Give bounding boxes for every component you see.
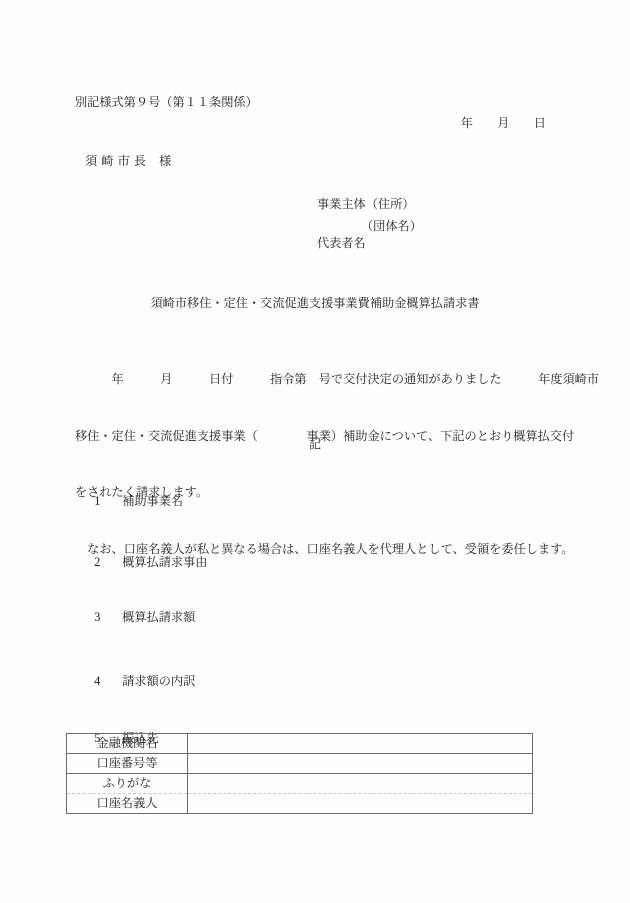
item-label: 補助事業名 bbox=[122, 494, 183, 508]
item-number: 3 bbox=[94, 609, 122, 627]
document-title: 須崎市移住・定住・交流促進支援事業費補助金概算払請求書 bbox=[0, 295, 630, 313]
item-label: 概算払請求額 bbox=[122, 610, 195, 624]
item-provisional-payment-reason: 2概算払請求事由 bbox=[82, 536, 208, 589]
row-label-cell: 金融機関名 bbox=[67, 734, 188, 754]
item-number: 2 bbox=[94, 554, 122, 572]
bank-transfer-table: 金融機関名 口座番号等 ふりがな 口座名義人 bbox=[66, 733, 533, 814]
table-row-financial-institution: 金融機関名 bbox=[67, 734, 533, 754]
row-label-cell: ふりがな bbox=[67, 774, 188, 794]
body-line-1: 年 月 日付 指令第 号で交付決定の通知がありました 年度須崎市 bbox=[75, 369, 557, 390]
table-row-account-holder: 口座名義人 bbox=[67, 794, 533, 814]
row-label-cell: 口座番号等 bbox=[67, 754, 188, 774]
document-page: 別記様式第９号（第１１条関係） 年 月 日 須 崎 市 長 様 事業主体（住所）… bbox=[0, 0, 630, 903]
item-number: 1 bbox=[94, 493, 122, 511]
applicant-representative-label: 代表者名 bbox=[317, 235, 366, 253]
addressee: 須 崎 市 長 様 bbox=[85, 153, 172, 171]
row-value-cell bbox=[188, 794, 533, 814]
item-label: 概算払請求事由 bbox=[122, 555, 207, 569]
item-subsidy-project-name: 1補助事業名 bbox=[82, 475, 183, 528]
date-line: 年 月 日 bbox=[461, 115, 546, 133]
table-row-account-number: 口座番号等 bbox=[67, 754, 533, 774]
row-value-cell bbox=[188, 774, 533, 794]
item-amount-breakdown: 4請求額の内訳 bbox=[82, 655, 195, 708]
item-provisional-payment-amount: 3概算払請求額 bbox=[82, 591, 195, 644]
table-row-furigana: ふりがな bbox=[67, 774, 533, 794]
row-value-cell bbox=[188, 754, 533, 774]
record-marker: 記 bbox=[0, 436, 630, 454]
row-value-cell bbox=[188, 734, 533, 754]
applicant-entity-address-label: 事業主体（住所） bbox=[317, 196, 415, 214]
row-label-cell: 口座名義人 bbox=[67, 794, 188, 814]
item-number: 4 bbox=[94, 673, 122, 691]
item-label: 請求額の内訳 bbox=[122, 674, 195, 688]
applicant-org-name-label: （団体名） bbox=[361, 218, 422, 236]
form-number: 別記様式第９号（第１１条関係） bbox=[75, 94, 258, 112]
